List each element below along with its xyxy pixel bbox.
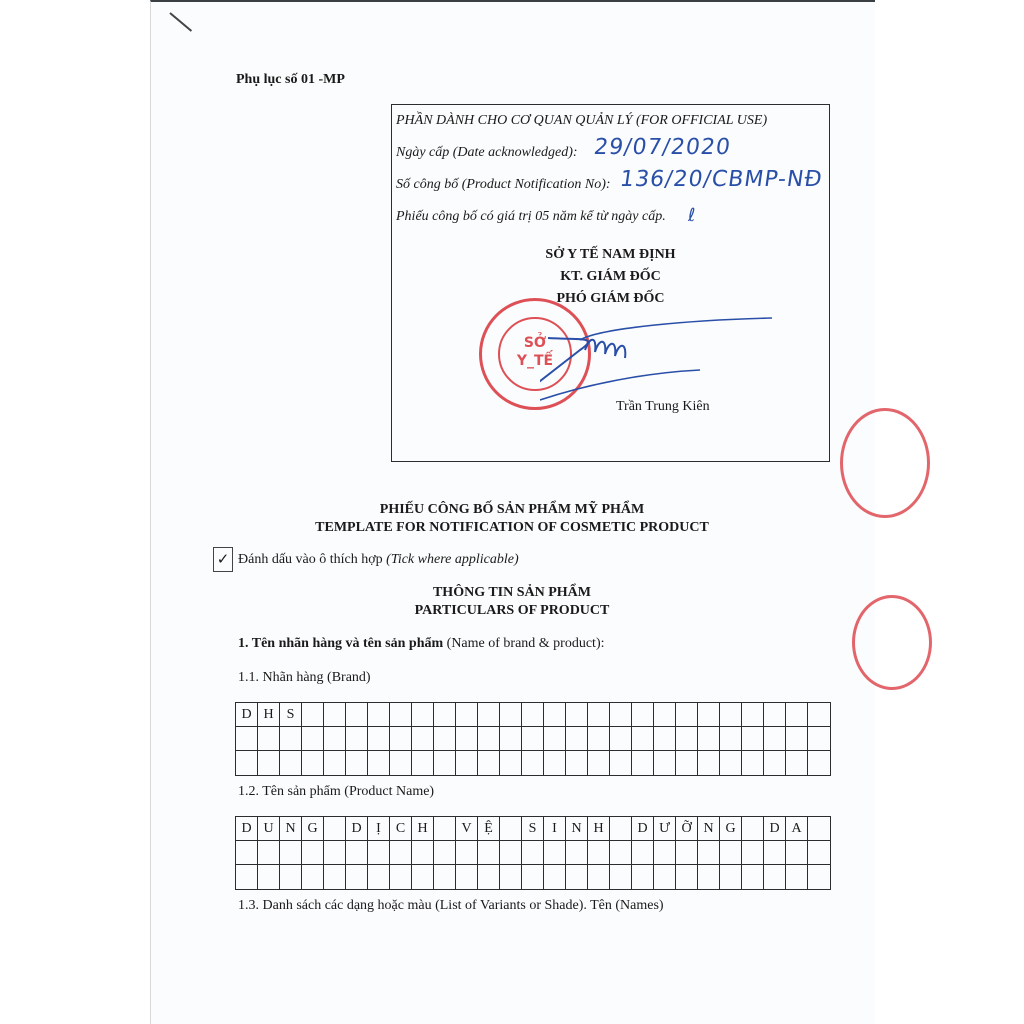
grid-cell [368,727,390,751]
grid-cell [522,865,544,889]
grid-cell [786,727,808,751]
grid-cell [500,865,522,889]
authority-line-1: SỞ Y TẾ NAM ĐỊNH [392,247,829,263]
grid-cell: G [302,817,324,841]
grid-cell [544,865,566,889]
grid-cell [808,841,830,865]
grid-cell [346,727,368,751]
grid-cell [368,703,390,727]
grid-cell [434,727,456,751]
grid-cell [434,751,456,775]
grid-cell [698,751,720,775]
grid-cell [500,817,522,841]
grid-cell [742,841,764,865]
grid-cell [500,703,522,727]
grid-cell [522,703,544,727]
grid-cell [720,727,742,751]
brand-grid: DHS [235,702,831,776]
grid-cell: H [588,817,610,841]
grid-cell [478,727,500,751]
grid-cell [500,841,522,865]
grid-cell [522,841,544,865]
grid-cell [676,841,698,865]
grid-cell [632,727,654,751]
grid-cell [302,751,324,775]
grid-cell [698,703,720,727]
grid-cell [544,841,566,865]
section-title-vn: THÔNG TIN SẢN PHẨM [150,585,874,601]
grid-cell [720,703,742,727]
grid-cell [610,703,632,727]
grid-cell [698,727,720,751]
grid-cell [544,703,566,727]
grid-cell [434,865,456,889]
grid-cell [808,727,830,751]
date-acknowledged-value: 29/07/2020 [592,135,732,160]
grid-cell [434,817,456,841]
grid-cell [236,727,258,751]
grid-cell [390,703,412,727]
grid-cell [742,817,764,841]
grid-cell [764,865,786,889]
grid-cell: I [544,817,566,841]
grid-cell [368,751,390,775]
grid-cell [236,865,258,889]
grid-cell [632,841,654,865]
grid-cell [764,751,786,775]
grid-cell [676,751,698,775]
grid-cell [566,841,588,865]
official-use-title: PHẦN DÀNH CHO CƠ QUAN QUẢN LÝ (FOR OFFIC… [396,113,767,129]
grid-cell [742,751,764,775]
grid-cell [566,727,588,751]
grid-cell: S [522,817,544,841]
grid-cell [236,751,258,775]
grid-cell [412,727,434,751]
grid-cell [280,841,302,865]
grid-cell [808,703,830,727]
section-1-title: 1. Tên nhãn hàng và tên sản phẩm (Name o… [238,636,605,652]
grid-cell: A [786,817,808,841]
grid-cell: S [280,703,302,727]
grid-cell [412,703,434,727]
grid-cell [544,727,566,751]
product-name-grid: DUNGDỊCHVỆSINHDƯỠNGDA [235,816,831,890]
grid-cell [456,865,478,889]
grid-cell: Ỡ [676,817,698,841]
grid-cell [478,751,500,775]
section-1-title-rest: (Name of brand & product): [443,636,604,651]
grid-cell: N [566,817,588,841]
grid-cell [676,703,698,727]
authority-line-3: PHÓ GIÁM ĐỐC [392,291,829,307]
grid-cell [324,703,346,727]
grid-cell [676,727,698,751]
grid-cell [258,727,280,751]
grid-cell [412,865,434,889]
form-title-vn: PHIẾU CÔNG BỐ SẢN PHẨM MỸ PHẨM [150,502,874,518]
grid-cell [610,817,632,841]
grid-cell [588,751,610,775]
validity-text: Phiếu công bố có giá trị 05 năm kể từ ng… [396,209,666,225]
grid-cell [808,865,830,889]
grid-cell [566,751,588,775]
grid-cell [302,727,324,751]
grid-cell [258,841,280,865]
grid-cell: D [236,703,258,727]
appendix-label: Phụ lục số 01 -MP [236,72,345,88]
grid-cell [346,841,368,865]
grid-cell: Ệ [478,817,500,841]
grid-cell [764,727,786,751]
grid-cell: G [720,817,742,841]
grid-cell [324,841,346,865]
grid-cell [610,751,632,775]
grid-cell: N [280,817,302,841]
grid-cell [456,841,478,865]
notification-number-value: 136/20/CBMP-NĐ [618,167,824,192]
grid-cell [478,703,500,727]
grid-cell [346,751,368,775]
grid-cell [676,865,698,889]
grid-cell [390,751,412,775]
grid-cell [566,865,588,889]
grid-cell [456,751,478,775]
grid-cell [764,703,786,727]
grid-cell [632,865,654,889]
grid-cell [324,751,346,775]
grid-cell [588,865,610,889]
tick-instruction-vn: Đánh dấu vào ô thích hợp [238,552,386,567]
grid-cell [654,751,676,775]
notification-number-label: Số công bố (Product Notification No): [396,177,611,193]
grid-cell: N [698,817,720,841]
grid-cell [390,727,412,751]
grid-cell [698,841,720,865]
grid-cell [786,841,808,865]
grid-cell: D [236,817,258,841]
grid-cell [720,751,742,775]
grid-cell [742,703,764,727]
grid-cell [742,727,764,751]
grid-cell: D [346,817,368,841]
grid-cell [500,751,522,775]
grid-cell: U [258,817,280,841]
grid-cell [324,817,346,841]
grid-cell [456,703,478,727]
grid-cell: V [456,817,478,841]
grid-cell [544,751,566,775]
date-acknowledged-label: Ngày cấp (Date acknowledged): [396,145,578,161]
grid-cell [324,865,346,889]
grid-cell [588,727,610,751]
grid-cell [588,841,610,865]
tick-instruction-en: (Tick where applicable) [386,552,518,567]
grid-cell [302,865,324,889]
grid-cell [610,727,632,751]
section-1-title-bold: 1. Tên nhãn hàng và tên sản phẩm [238,636,443,651]
grid-cell [654,703,676,727]
grid-cell [280,727,302,751]
grid-cell [632,703,654,727]
grid-cell [610,865,632,889]
grid-cell: H [258,703,280,727]
grid-cell: D [764,817,786,841]
tick-checkbox[interactable]: ✓ [213,547,233,572]
grid-cell [654,727,676,751]
grid-cell [808,817,830,841]
grid-cell [786,865,808,889]
grid-cell [522,727,544,751]
grid-cell [434,703,456,727]
grid-cell [434,841,456,865]
grid-cell [588,703,610,727]
grid-cell [654,841,676,865]
grid-cell: Ư [654,817,676,841]
initials-mark: ℓ [688,205,696,226]
brand-label: 1.1. Nhãn hàng (Brand) [238,670,371,686]
grid-cell [742,865,764,889]
grid-cell [302,703,324,727]
grid-cell [698,865,720,889]
grid-cell: D [632,817,654,841]
section-title-en: PARTICULARS OF PRODUCT [150,603,874,619]
variants-label: 1.3. Danh sách các dạng hoặc màu (List o… [238,898,664,914]
grid-cell [390,841,412,865]
grid-cell: Ị [368,817,390,841]
grid-cell [456,727,478,751]
grid-cell [412,841,434,865]
product-name-label: 1.2. Tên sản phẩm (Product Name) [238,784,434,800]
grid-cell [390,865,412,889]
grid-cell: H [412,817,434,841]
grid-cell [478,865,500,889]
grid-cell [412,751,434,775]
grid-cell [368,865,390,889]
grid-cell [720,865,742,889]
grid-cell [346,703,368,727]
tick-instruction: Đánh dấu vào ô thích hợp (Tick where app… [238,552,519,568]
grid-cell [280,751,302,775]
grid-cell: C [390,817,412,841]
form-title-en: TEMPLATE FOR NOTIFICATION OF COSMETIC PR… [150,520,874,536]
grid-cell [258,751,280,775]
grid-cell [346,865,368,889]
authority-line-2: KT. GIÁM ĐỐC [392,269,829,285]
grid-cell [478,841,500,865]
grid-cell [236,841,258,865]
grid-cell [786,751,808,775]
grid-cell [632,751,654,775]
grid-cell [720,841,742,865]
grid-cell [654,865,676,889]
grid-cell [500,727,522,751]
grid-cell [258,865,280,889]
handwritten-signature [540,310,780,410]
grid-cell [610,841,632,865]
grid-cell [302,841,324,865]
grid-cell [566,703,588,727]
grid-cell [522,751,544,775]
grid-cell [324,727,346,751]
grid-cell [764,841,786,865]
grid-cell [786,703,808,727]
grid-cell [368,841,390,865]
grid-cell [808,751,830,775]
grid-cell [280,865,302,889]
